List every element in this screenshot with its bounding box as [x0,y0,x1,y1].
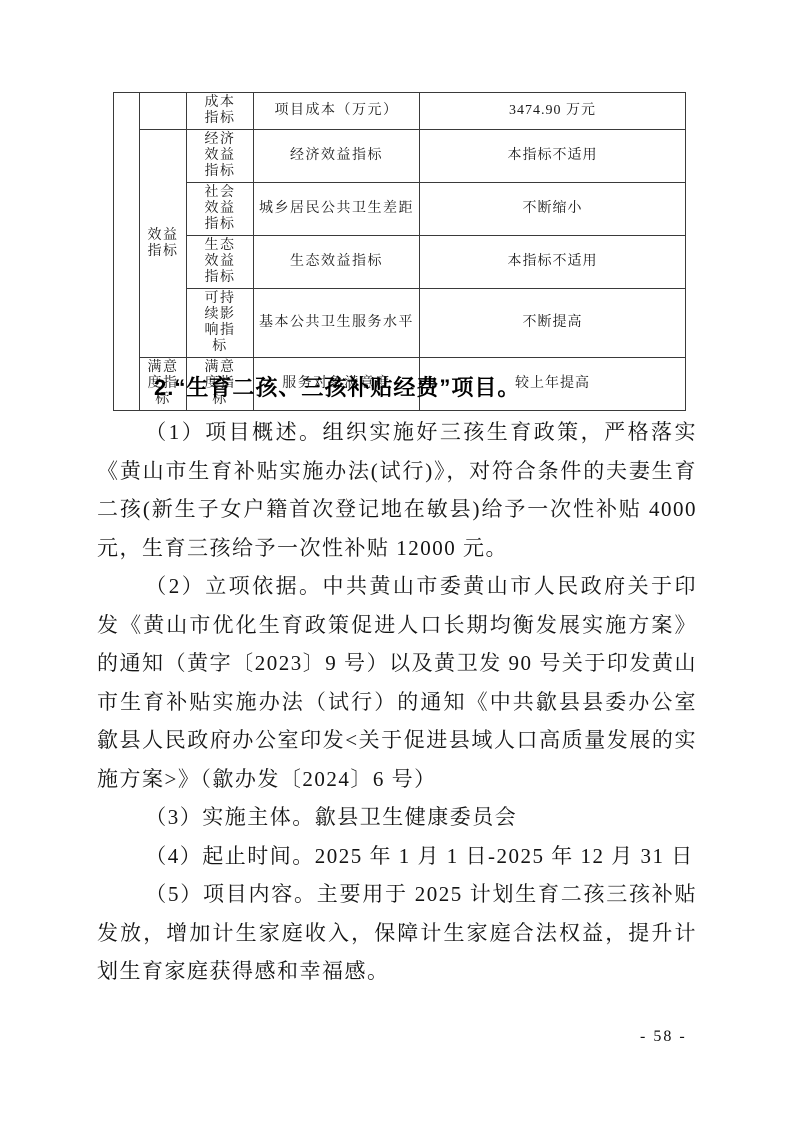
table-cell-group-empty [140,93,187,130]
table-cell-value: 本指标不适用 [420,130,686,183]
table-cell-sub-indicator: 生态效益指标 [187,236,254,289]
paragraph-project-overview: （1）项目概述。组织实施好三孩生育政策，严格落实《黄山市生育补贴实施办法(试行)… [97,413,697,567]
table-cell-sub-indicator: 社会效益指标 [187,183,254,236]
paragraph-project-basis: （2）立项依据。中共黄山市委黄山市人民政府关于印发《黄山市优化生育政策促进人口长… [97,567,697,798]
section-body: 2.“生育二孩、三孩补贴经费”项目。 （1）项目概述。组织实施好三孩生育政策，严… [97,368,697,991]
table-cell-indicator: 生态效益指标 [254,236,420,289]
table-cell-left-spacer [114,93,140,411]
performance-indicators-table: 成本指标 项目成本（万元） 3474.90 万元 效益指标 经济效益指标 经济效… [113,92,686,411]
table-cell-indicator: 城乡居民公共卫生差距 [254,183,420,236]
table-cell-indicator: 基本公共卫生服务水平 [254,289,420,358]
paragraph-time-range: （4）起止时间。2025 年 1 月 1 日-2025 年 12 月 31 日 [97,837,697,876]
table-cell-indicator: 项目成本（万元） [254,93,420,130]
section-heading: 2.“生育二孩、三孩补贴经费”项目。 [97,368,697,408]
table-cell-sub-indicator: 经济效益指标 [187,130,254,183]
table-cell-indicator: 经济效益指标 [254,130,420,183]
document-page: { "table": { "rows": [ { "group": "", "s… [0,0,793,1122]
page-number: - 58 - [640,1028,687,1046]
paragraph-implementing-body: （3）实施主体。歙县卫生健康委员会 [97,798,697,837]
table-cell-value: 不断缩小 [420,183,686,236]
table-cell-value: 3474.90 万元 [420,93,686,130]
table-cell-sub-indicator: 可持续影响指标 [187,289,254,358]
table-cell-value: 不断提高 [420,289,686,358]
table-cell-group-benefit: 效益指标 [140,130,187,358]
paragraph-project-content: （5）项目内容。主要用于 2025 计划生育二孩三孩补贴发放，增加计生家庭收入，… [97,875,697,991]
table-cell-value: 本指标不适用 [420,236,686,289]
table-cell-sub-indicator: 成本指标 [187,93,254,130]
